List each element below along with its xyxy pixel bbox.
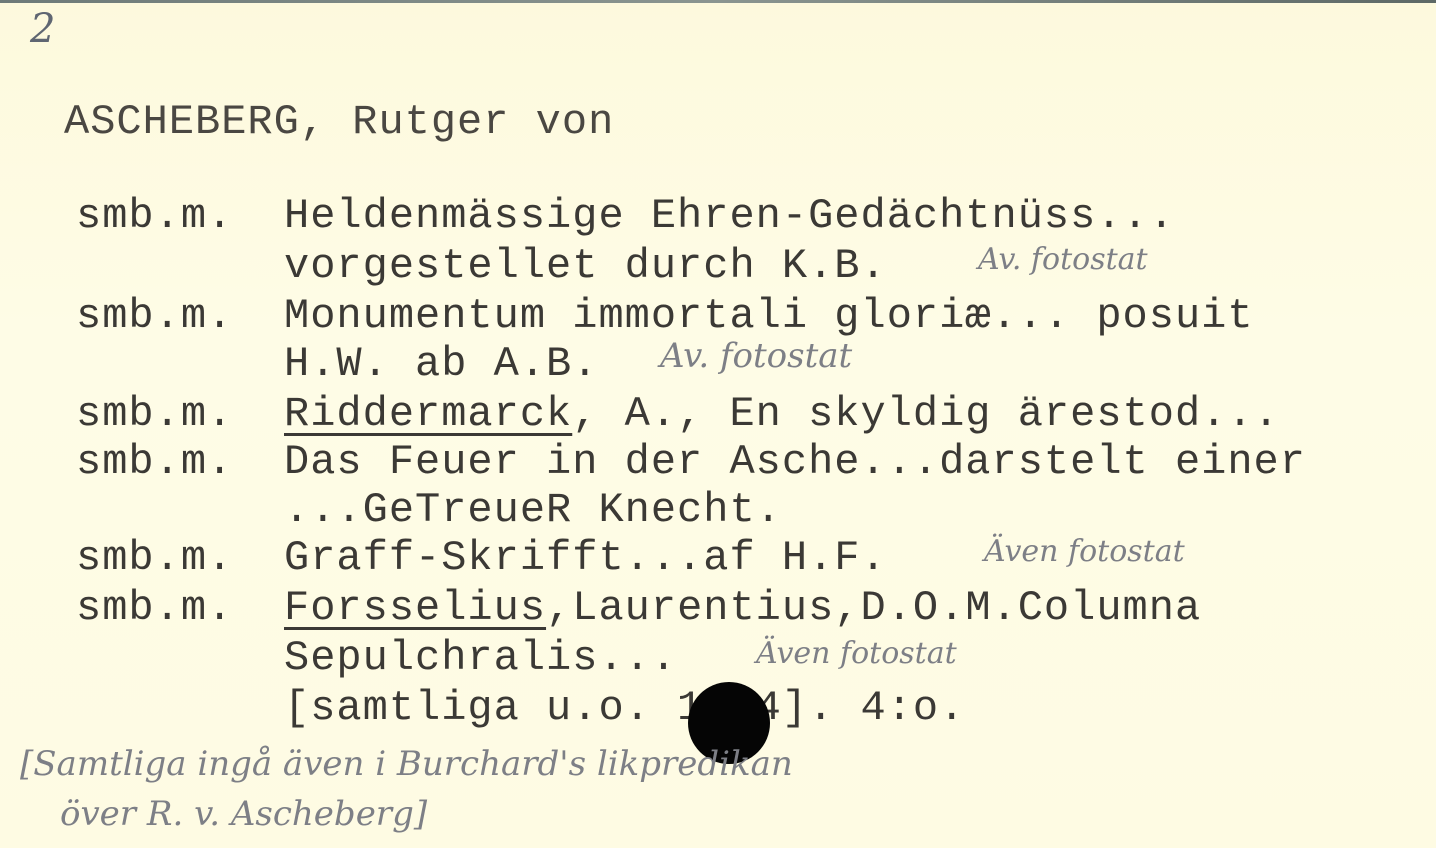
entry-title-line: H.W. ab A.B.: [284, 340, 598, 388]
entry-title-line: vorgestellet durch K.B.: [284, 242, 887, 290]
entry-title-line: Heldenmässige Ehren-Gedächtnüss...: [284, 192, 1175, 240]
author-heading: ASCHEBERG, Rutger von: [64, 98, 614, 146]
card-number: 2: [30, 6, 55, 52]
card-top-edge: [0, 0, 1436, 3]
underlined-author: Riddermarck: [284, 390, 572, 438]
handwritten-footnote-line: över R. v. Ascheberg]: [60, 794, 427, 834]
entry-label: smb.m.: [76, 390, 233, 438]
catalog-card: 2 ASCHEBERG, Rutger von smb.m. Heldenmäs…: [0, 0, 1436, 848]
entry-label: smb.m.: [76, 292, 233, 340]
entry-label: smb.m.: [76, 584, 233, 632]
handwritten-note: Även fotostat: [984, 534, 1185, 569]
entry-title-line: Das Feuer in der Asche...darstelt einer: [284, 438, 1306, 486]
entry-title-line: Riddermarck, A., En skyldig ärestod...: [284, 390, 1280, 438]
entry-title-line: Sepulchralis...: [284, 634, 677, 682]
underlined-author: Forsselius: [284, 584, 546, 632]
entry-label: smb.m.: [76, 192, 233, 240]
handwritten-note: Även fotostat: [756, 636, 957, 671]
entry-title-rest: ,Laurentius,D.O.M.Columna: [546, 584, 1201, 632]
entry-title-rest: , A., En skyldig ärestod...: [572, 390, 1280, 438]
entry-label: smb.m.: [76, 534, 233, 582]
entry-title-line: ...GeTreueR Knecht.: [284, 486, 782, 534]
handwritten-note: Av. fotostat: [978, 242, 1148, 277]
entry-title-line: Graff-Skrifft...af H.F.: [284, 534, 887, 582]
handwritten-note: Av. fotostat: [660, 336, 852, 376]
entry-title-line: Monumentum immortali gloriæ... posuit: [284, 292, 1254, 340]
imprint-line: [samtliga u.o. 1694]. 4:o.: [284, 684, 965, 732]
entry-title-line: Forsselius,Laurentius,D.O.M.Columna: [284, 584, 1201, 632]
handwritten-footnote-line: [Samtliga ingå även i Burchard's likpred…: [20, 744, 793, 784]
entry-label: smb.m.: [76, 438, 233, 486]
